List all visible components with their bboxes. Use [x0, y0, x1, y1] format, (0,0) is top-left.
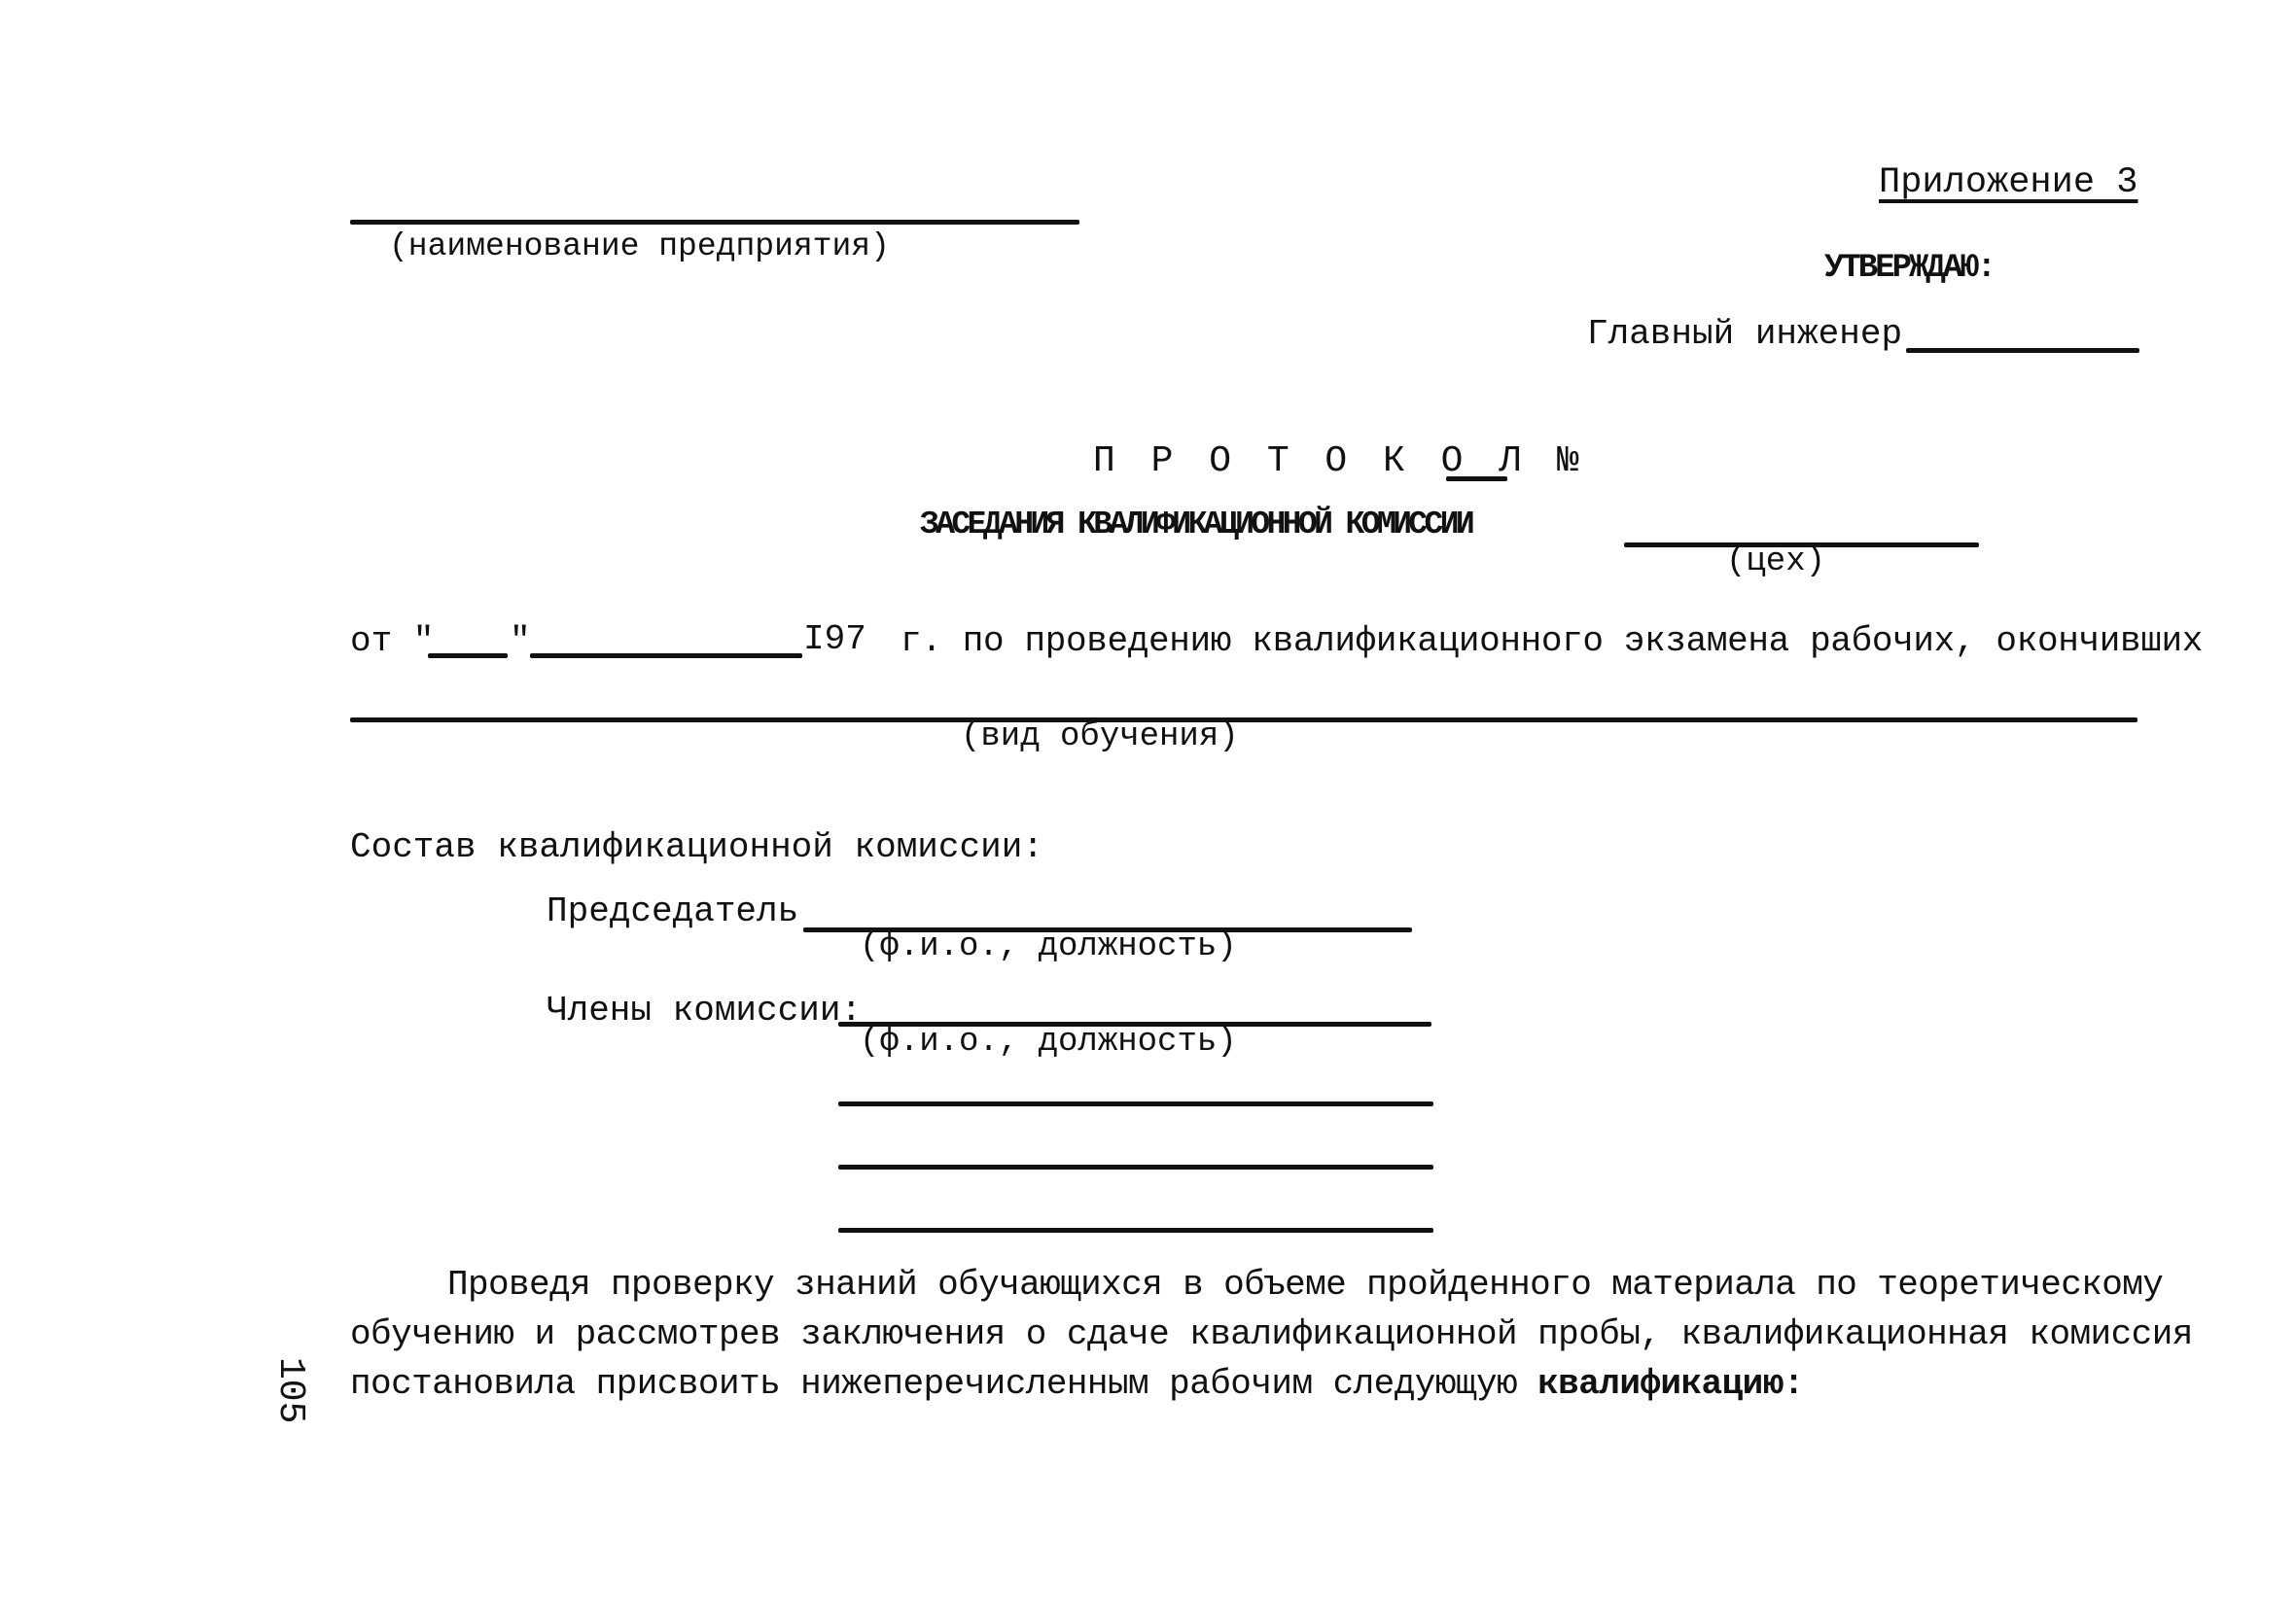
- appendix-label: Приложение 3: [1879, 163, 2137, 202]
- date-month-field[interactable]: [530, 653, 802, 658]
- member-field-3[interactable]: [838, 1165, 1433, 1170]
- chief-engineer-label: Главный инженер: [1587, 315, 1902, 354]
- body-line-2: обучению и рассмотрев заключения о сдаче…: [350, 1315, 2193, 1354]
- date-day-field[interactable]: [428, 653, 508, 658]
- member-field-2[interactable]: [838, 1101, 1433, 1106]
- commission-heading: Состав квалификационной комиссии:: [350, 828, 1043, 867]
- members-caption: (ф.и.о., должность): [860, 1025, 1237, 1060]
- chairman-label: Председатель: [547, 892, 798, 931]
- body-line-1: Проведя проверку знаний обучающихся в об…: [447, 1266, 2163, 1305]
- workshop-caption: (цех): [1726, 544, 1825, 579]
- body-line-3-text: постановила присвоить нижеперечисленным …: [350, 1364, 1537, 1404]
- chairman-caption: (ф.и.о., должность): [860, 929, 1237, 964]
- members-label: Члены комиссии:: [547, 992, 862, 1031]
- date-from-label: от ": [350, 622, 434, 661]
- meeting-title: ЗАСЕДАНИЯ КВАЛИФИКАЦИОННОЙ КОМИССИИ: [920, 506, 1471, 544]
- enterprise-name-field[interactable]: [350, 220, 1079, 225]
- enterprise-caption: (наименование предприятия): [389, 229, 890, 264]
- date-quote-close: ": [510, 622, 531, 661]
- date-line-text: г. по проведению квалификационного экзам…: [901, 622, 2203, 661]
- training-type-caption: (вид обучения): [961, 719, 1239, 754]
- protocol-title: П Р О Т О К О Л №: [1093, 442, 1583, 481]
- chief-engineer-signature-field[interactable]: [1906, 348, 2139, 353]
- training-type-field[interactable]: [350, 717, 2137, 722]
- approve-label: УТВЕРЖДАЮ:: [1824, 249, 1994, 288]
- page-number: 105: [270, 1357, 309, 1423]
- body-line-3: постановила присвоить нижеперечисленным …: [350, 1365, 1804, 1404]
- date-year-prefix: I97: [803, 620, 866, 659]
- member-field-4[interactable]: [838, 1228, 1433, 1233]
- body-line-3-bold: квалификацию:: [1537, 1364, 1804, 1404]
- protocol-number-field[interactable]: [1446, 476, 1507, 481]
